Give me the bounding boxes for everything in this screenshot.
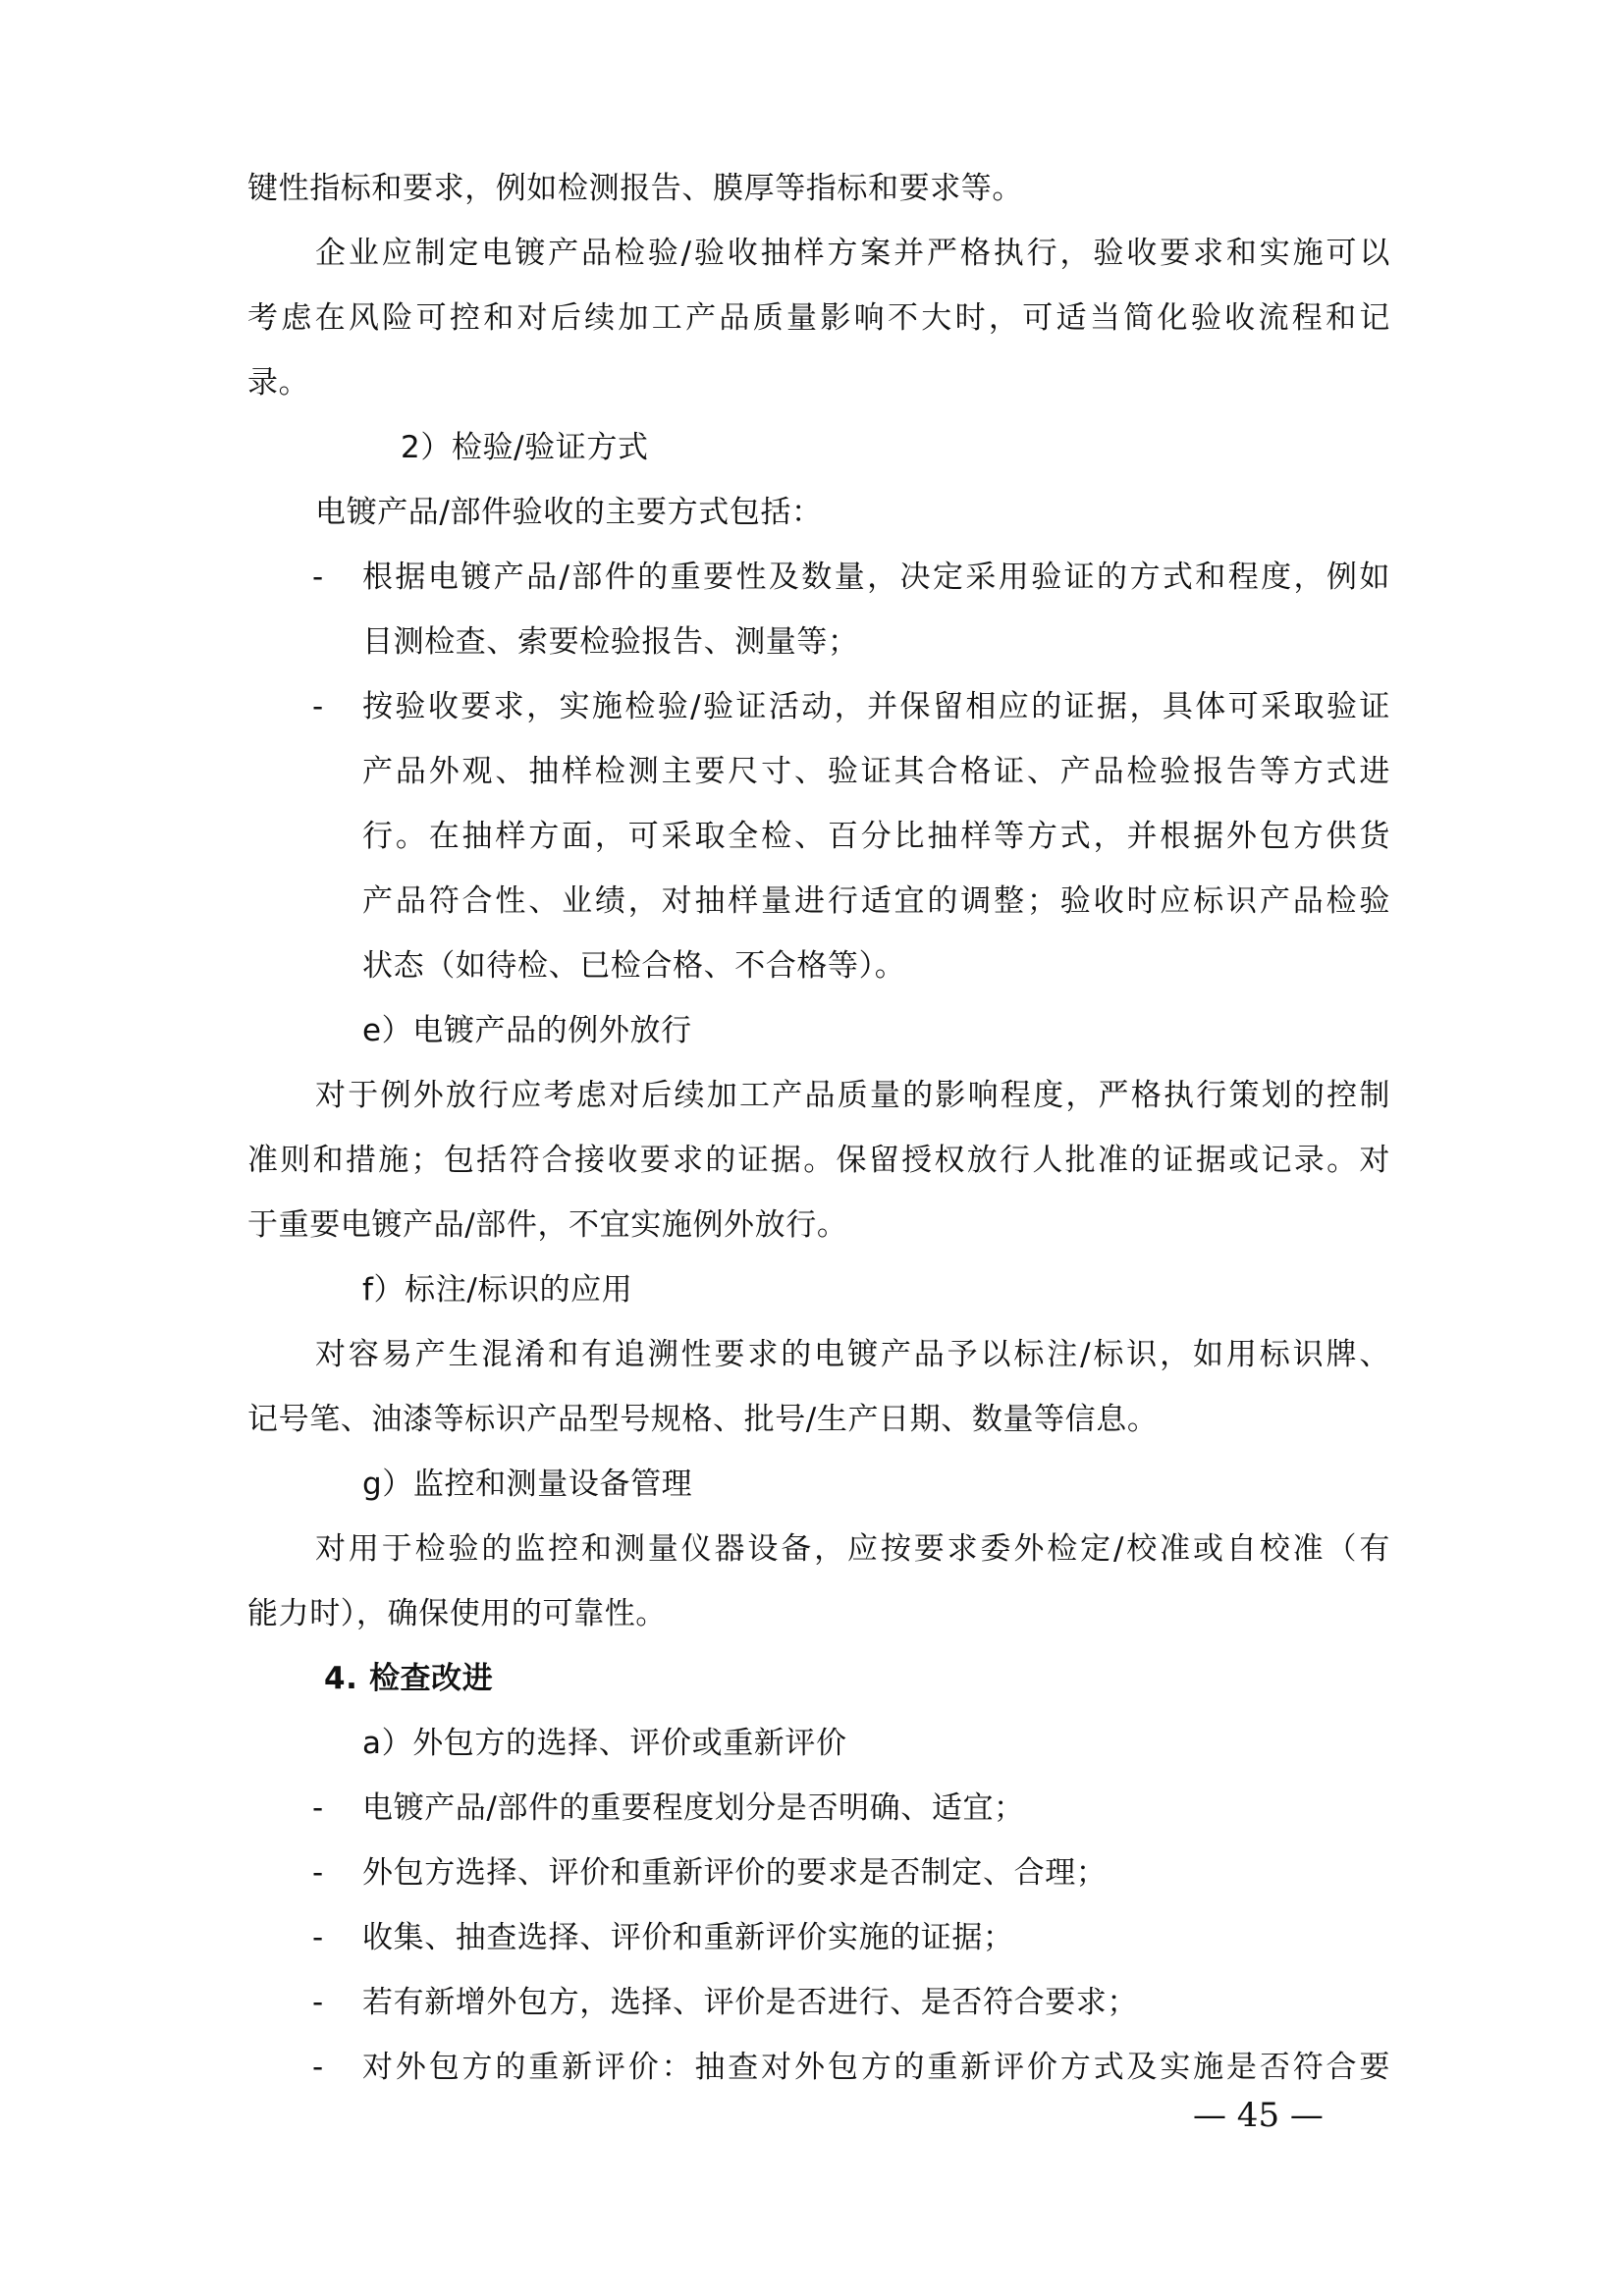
paragraph-line: 于重要电镀产品/部件，不宜实施例外放行。 — [247, 1205, 1390, 1245]
subheading-2: 2）检验/验证方式 — [401, 428, 1543, 467]
paragraph-line: 录。 — [247, 363, 1390, 402]
check-item: 收集、抽查选择、评价和重新评价实施的证据； — [362, 1918, 1505, 1957]
bullet-dash: - — [312, 1918, 323, 1957]
check-item: 电镀产品/部件的重要程度划分是否明确、适宜； — [362, 1789, 1505, 1828]
paragraph-line: 记号笔、油漆等标识产品型号规格、批号/生产日期、数量等信息。 — [247, 1400, 1390, 1439]
subheading-f: f）标注/标识的应用 — [362, 1270, 1505, 1309]
bullet-line: 目测检查、索要检验报告、测量等； — [362, 622, 1505, 662]
check-item: 外包方选择、评价和重新评价的要求是否制定、合理； — [362, 1853, 1505, 1893]
bullet-line: 产品外观、抽样检测主要尺寸、验证其合格证、产品检验报告等方式进 — [362, 752, 1390, 791]
check-item: 对外包方的重新评价：抽查对外包方的重新评价方式及实施是否符合要 — [362, 2048, 1390, 2087]
page-number: — 45 — — [1193, 2096, 1324, 2135]
bullet-dash: - — [312, 1853, 323, 1893]
subheading-e: e）电镀产品的例外放行 — [362, 1011, 1505, 1050]
section-heading-4: 4. 检查改进 — [324, 1659, 1467, 1698]
bullet-dash: - — [312, 2048, 323, 2087]
paragraph-line: 考虑在风险可控和对后续加工产品质量影响不大时，可适当简化验收流程和记 — [247, 298, 1390, 338]
paragraph-line: 键性指标和要求，例如检测报告、膜厚等指标和要求等。 — [247, 169, 1390, 208]
paragraph-line: 对于例外放行应考虑对后续加工产品质量的影响程度，严格执行策划的控制 — [315, 1076, 1390, 1115]
subheading-g: g）监控和测量设备管理 — [362, 1465, 1505, 1504]
bullet-line: 状态（如待检、已检合格、不合格等）。 — [362, 946, 1505, 986]
paragraph-line: 企业应制定电镀产品检验/验收抽样方案并严格执行，验收要求和实施可以 — [315, 234, 1390, 273]
bullet-line: 产品符合性、业绩，对抽样量进行适宜的调整；验收时应标识产品检验 — [362, 881, 1390, 921]
check-item: 若有新增外包方，选择、评价是否进行、是否符合要求； — [362, 1983, 1505, 2022]
bullet-dash: - — [312, 1983, 323, 2022]
paragraph-line: 能力时），确保使用的可靠性。 — [247, 1594, 1390, 1633]
bullet-line: 根据电镀产品/部件的重要性及数量，决定采用验证的方式和程度，例如 — [362, 558, 1390, 597]
paragraph-line: 对用于检验的监控和测量仪器设备，应按要求委外检定/校准或自校准（有 — [315, 1529, 1390, 1569]
bullet-line: 按验收要求，实施检验/验证活动，并保留相应的证据，具体可采取验证 — [362, 687, 1390, 726]
bullet-line: 行。在抽样方面，可采取全检、百分比抽样等方式，并根据外包方供货 — [362, 817, 1390, 856]
paragraph-line: 对容易产生混淆和有追溯性要求的电镀产品予以标注/标识，如用标识牌、 — [315, 1335, 1390, 1374]
bullet-dash: - — [312, 1789, 323, 1828]
bullet-dash: - — [312, 558, 323, 597]
paragraph-line: 准则和措施；包括符合接收要求的证据。保留授权放行人批准的证据或记录。对 — [247, 1141, 1390, 1180]
bullet-dash: - — [312, 687, 323, 726]
paragraph-line: 电镀产品/部件验收的主要方式包括： — [315, 493, 1458, 532]
subheading-a: a）外包方的选择、评价或重新评价 — [362, 1724, 1505, 1763]
